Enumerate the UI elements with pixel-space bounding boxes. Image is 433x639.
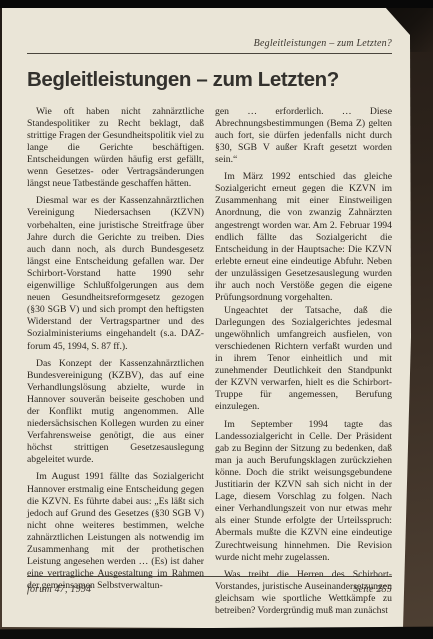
page-number: Seite 255: [353, 584, 392, 595]
scan-top-bar: [0, 0, 433, 8]
text-columns: Wie oft haben nicht zahnärztliche Stande…: [27, 106, 392, 622]
body-paragraph: Ungeachtet der Tatsache, daß die Darlegu…: [215, 305, 392, 414]
body-paragraph: gen … erforderlich. … Diese Abrechnungsb…: [215, 106, 392, 166]
body-paragraph: Diesmal war es der Kassenzahnärztlichen …: [27, 195, 204, 352]
page-footer: forum 47, 1994 Seite 255: [27, 576, 392, 595]
body-paragraph: Im September 1994 tagte das Landessozial…: [215, 419, 392, 564]
right-column: gen … erforderlich. … Diese Abrechnungsb…: [215, 106, 392, 622]
scanned-journal-page: { "colors": { "paper": "#eae5d7", "ink":…: [0, 0, 433, 639]
body-paragraph: Das Konzept der Kassenzahnärztlichen Bun…: [27, 358, 204, 467]
running-header: Begleitleistungen – zum Letzten?: [27, 38, 392, 54]
journal-issue-label: forum 47, 1994: [27, 584, 91, 595]
body-paragraph: Im August 1991 fällte das Sozialgericht …: [27, 471, 204, 592]
left-column: Wie oft haben nicht zahnärztliche Stande…: [27, 106, 204, 622]
body-paragraph: Im März 1992 entschied das gleiche Sozia…: [215, 171, 392, 304]
journal-page: Begleitleistungen – zum Letzten? Begleit…: [2, 7, 411, 629]
body-paragraph: Wie oft haben nicht zahnärztliche Stande…: [27, 106, 204, 191]
article-title: Begleitleistungen – zum Letzten?: [27, 68, 392, 92]
page-content: Begleitleistungen – zum Letzten? Begleit…: [27, 7, 392, 622]
scan-bottom-bar: [0, 627, 433, 639]
